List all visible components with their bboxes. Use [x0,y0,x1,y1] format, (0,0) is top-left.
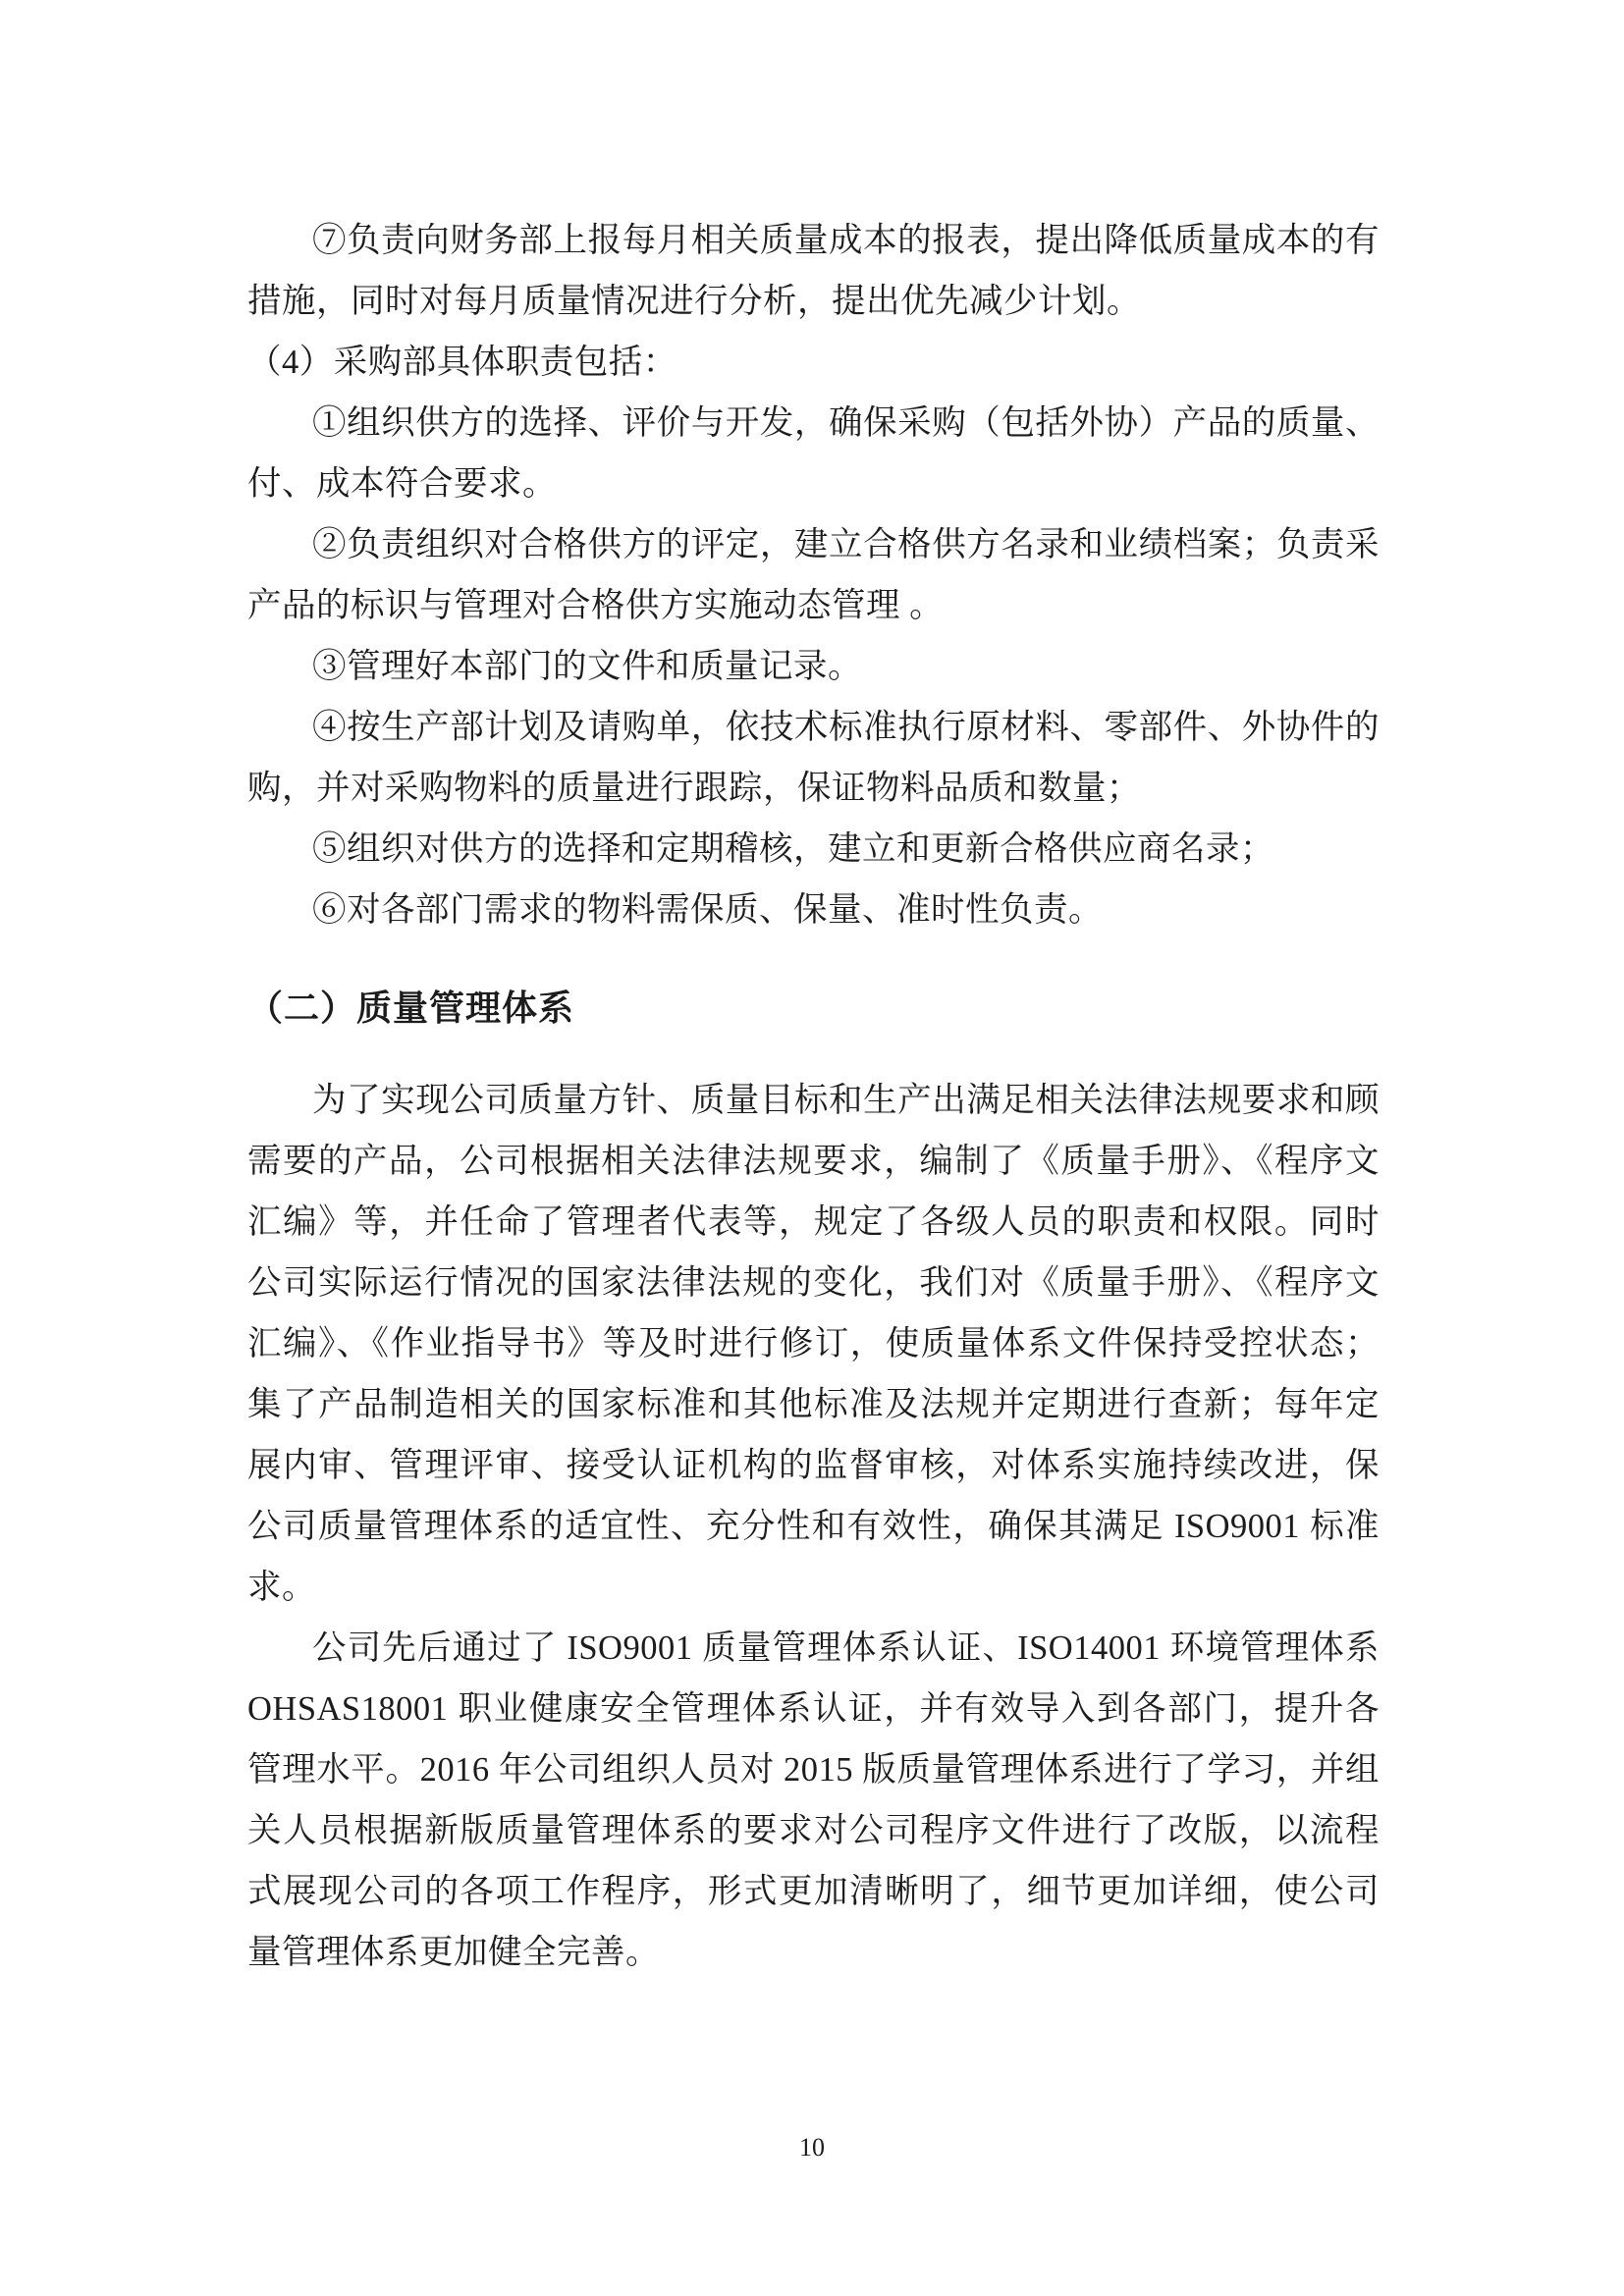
text-line: ⑦负责向财务部上报每月相关质量成本的报表，提出降低质量成本的有效 [247,210,1380,271]
text-line: ④按生产部计划及请购单，依技术标准执行原材料、零部件、外协件的采 [247,697,1380,758]
text-line: ③管理好本部门的文件和质量记录。 [247,636,1380,697]
paragraph: ①组织供方的选择、评价与开发，确保采购（包括外协）产品的质量、交 付、成本符合要… [247,393,1380,514]
text-line: 汇编》等，并任命了管理者代表等，规定了各级人员的职责和权限。同时根据 [247,1192,1380,1253]
text-line: 求。 [247,1557,1380,1618]
paragraph: 为了实现公司质量方针、质量目标和生产出满足相关法律法规要求和顾客 需要的产品，公… [247,1070,1380,1618]
paragraph: ⑤组织对供方的选择和定期稽核，建立和更新合格供应商名录； [247,819,1380,880]
text-line: 产品的标识与管理对合格供方实施动态管理 。 [247,575,1380,636]
text-line: 展内审、管理评审、接受认证机构的监督审核，对体系实施持续改进，保证我 [247,1435,1380,1496]
text-line: ⑥对各部门需求的物料需保质、保量、准时性负责。 [247,880,1380,940]
paragraph: ④按生产部计划及请购单，依技术标准执行原材料、零部件、外协件的采 购，并对采购物… [247,697,1380,819]
text-line: 购，并对采购物料的质量进行跟踪，保证物料品质和数量； [247,758,1380,819]
text-line: 公司质量管理体系的适宜性、充分性和有效性，确保其满足 ISO9001 标准的要 [247,1496,1380,1557]
paragraph: ②负责组织对合格供方的评定，建立合格供方名录和业绩档案；负责采购 产品的标识与管… [247,514,1380,636]
text-line: 关人员根据新版质量管理体系的要求对公司程序文件进行了改版，以流程的形 [247,1800,1380,1861]
text-line: OHSAS18001 职业健康安全管理体系认证，并有效导入到各部门，提升各部门的 [247,1679,1380,1739]
text-line: ②负责组织对合格供方的评定，建立合格供方名录和业绩档案；负责采购 [247,514,1380,575]
text-line: 量管理体系更加健全完善。 [247,1922,1380,1983]
text-line: 汇编》、《作业指导书》等及时进行修订，使质量体系文件保持受控状态；收 [247,1313,1380,1374]
text-line: 为了实现公司质量方针、质量目标和生产出满足相关法律法规要求和顾客 [247,1070,1380,1131]
page-number: 10 [0,2128,1624,2167]
page-content: ⑦负责向财务部上报每月相关质量成本的报表，提出降低质量成本的有效 措施，同时对每… [247,210,1380,1983]
paragraph: （4）采购部具体职责包括： [247,332,1380,393]
paragraph: 公司先后通过了 ISO9001 质量管理体系认证、ISO14001 环境管理体系… [247,1618,1380,1983]
text-line: ⑤组织对供方的选择和定期稽核，建立和更新合格供应商名录； [247,819,1380,880]
text-line: 公司先后通过了 ISO9001 质量管理体系认证、ISO14001 环境管理体系… [247,1618,1380,1679]
text-line: 需要的产品，公司根据相关法律法规要求，编制了《质量手册》、《程序文件 [247,1131,1380,1192]
text-line: （4）采购部具体职责包括： [247,332,1380,393]
document-page: ⑦负责向财务部上报每月相关质量成本的报表，提出降低质量成本的有效 措施，同时对每… [0,0,1624,2296]
paragraph: ③管理好本部门的文件和质量记录。 [247,636,1380,697]
text-line: 管理水平。2016 年公司组织人员对 2015 版质量管理体系进行了学习，并组织… [247,1739,1380,1800]
text-line: 付、成本符合要求。 [247,454,1380,514]
text-line: 措施，同时对每月质量情况进行分析，提出优先减少计划。 [247,271,1380,332]
section-heading: （二）质量管理体系 [247,978,1380,1039]
paragraph: ⑥对各部门需求的物料需保质、保量、准时性负责。 [247,880,1380,940]
text-line: 公司实际运行情况的国家法律法规的变化，我们对《质量手册》、《程序文件 [247,1253,1380,1313]
text-line: 集了产品制造相关的国家标准和其他标准及法规并定期进行查新；每年定期开 [247,1374,1380,1435]
text-line: 式展现公司的各项工作程序，形式更加清晰明了，细节更加详细，使公司的质 [247,1861,1380,1922]
paragraph: ⑦负责向财务部上报每月相关质量成本的报表，提出降低质量成本的有效 措施，同时对每… [247,210,1380,332]
text-line: ①组织供方的选择、评价与开发，确保采购（包括外协）产品的质量、交 [247,393,1380,454]
